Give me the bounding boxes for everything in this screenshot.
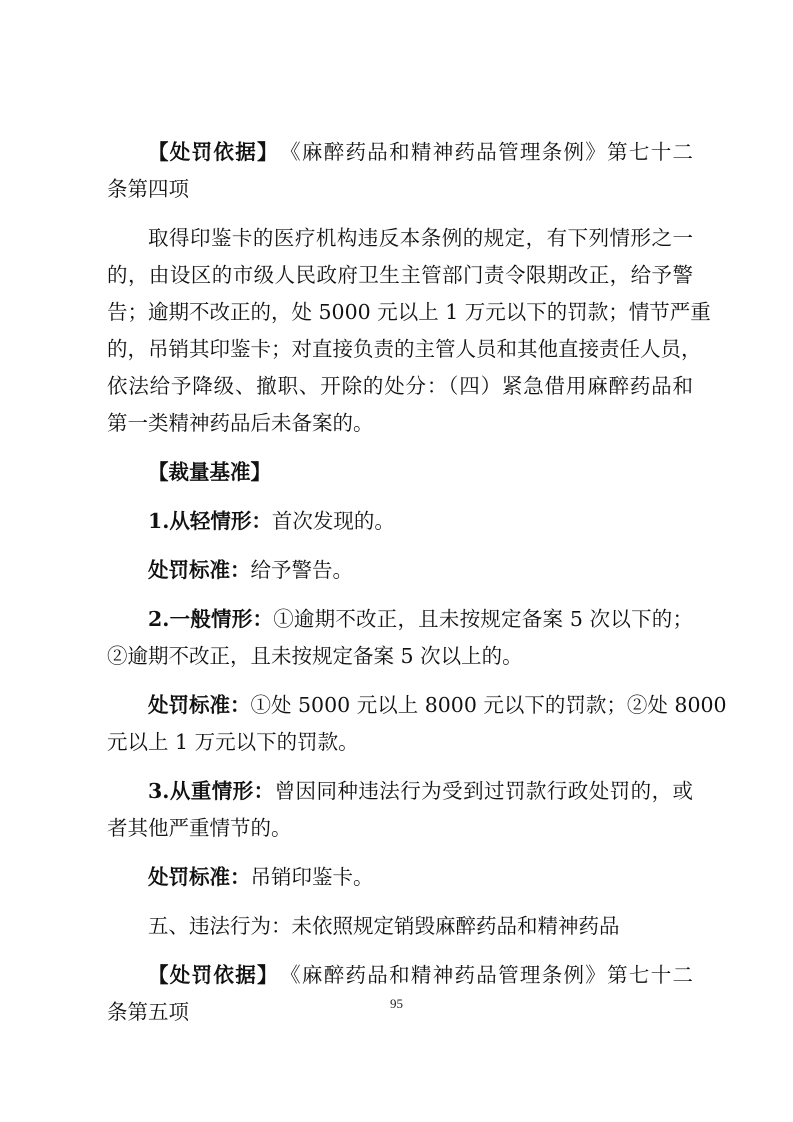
text-segment: ②逾期不改正，且未按规定备案 5 次以上的。 — [107, 644, 523, 668]
regulation-citation: 《麻醉药品和精神药品管理条例》第七十二 — [269, 140, 693, 164]
text-segment: ①处 5000 元以上 8000 元以下的罚款；②处 8000 — [251, 693, 727, 717]
paragraph-line: 的，吊销其印鉴卡；对直接负责的主管人员和其他直接责任人员， — [107, 337, 693, 361]
text-segment: ①逾期不改正，且未按规定备案 5 次以下的； — [273, 607, 693, 631]
text-segment: 元以上 1 万元以下的罚款。 — [107, 730, 359, 754]
text-segment: 给予警告。 — [251, 558, 354, 582]
text-segment: 的，吊销其印鉴卡；对直接负责的主管人员和其他直接责任人员， — [107, 337, 702, 361]
paragraph-line: 告；逾期不改正的，处 5000 元以上 1 万元以下的罚款；情节严重 — [107, 300, 693, 324]
discretion-standard-heading: 【裁量基准】 — [148, 460, 271, 484]
standard-label: 处罚标准： — [148, 558, 251, 582]
text-line: 者其他严重情节的。 — [107, 816, 292, 840]
text-line: 元以上 1 万元以下的罚款。 — [107, 730, 359, 754]
text-line: ②逾期不改正，且未按规定备案 5 次以上的。 — [107, 644, 523, 668]
text-segment: 条第四项 — [107, 177, 189, 201]
penalty-standard-line: 处罚标准：吊销印鉴卡。 — [148, 865, 374, 889]
general-case-line: 2.一般情形：①逾期不改正，且未按规定备案 5 次以下的； — [148, 607, 693, 631]
section-label: 【处罚依据】 — [148, 963, 269, 987]
text-segment: 的，由设区的市级人民政府卫生主管部门责令限期改正，给予警 — [107, 263, 693, 287]
page-number: 95 — [0, 996, 793, 1012]
section-label: 【裁量基准】 — [148, 460, 271, 484]
text-segment: 五、违法行为：未依照规定销毁麻醉药品和精神药品 — [148, 914, 620, 938]
penalty-standard-line: 处罚标准：给予警告。 — [148, 558, 353, 582]
regulation-citation: 《麻醉药品和精神药品管理条例》第七十二 — [269, 963, 693, 987]
paragraph-line: 取得印鉴卡的医疗机构违反本条例的规定，有下列情形之一 — [148, 226, 693, 250]
standard-label: 处罚标准： — [148, 693, 251, 717]
text-segment: 取得印鉴卡的医疗机构违反本条例的规定，有下列情形之一 — [148, 226, 693, 250]
penalty-basis-heading-1: 【处罚依据】 《麻醉药品和精神药品管理条例》第七十二 — [148, 140, 693, 164]
paragraph-line: 第一类精神药品后未备案的。 — [107, 411, 374, 435]
text-segment: 第一类精神药品后未备案的。 — [107, 411, 374, 435]
text-segment: 吊销印鉴卡。 — [251, 865, 374, 889]
case-label: 2.一般情形： — [148, 607, 273, 631]
case-label: 3.从重情形： — [148, 779, 275, 803]
text-segment: 首次发现的。 — [272, 509, 395, 533]
case-label: 1.从轻情形： — [148, 509, 272, 533]
standard-label: 处罚标准： — [148, 865, 251, 889]
text-segment: 曾因同种违法行为受到过罚款行政处罚的，或 — [275, 779, 693, 803]
text-segment: 依法给予降级、撤职、开除的处分：（四）紧急借用麻醉药品和 — [107, 374, 693, 398]
paragraph-line: 的，由设区的市级人民政府卫生主管部门责令限期改正，给予警 — [107, 263, 693, 287]
severe-case-line: 3.从重情形：曾因同种违法行为受到过罚款行政处罚的，或 — [148, 779, 693, 803]
violation-heading: 五、违法行为：未依照规定销毁麻醉药品和精神药品 — [148, 914, 620, 938]
text-segment: 者其他严重情节的。 — [107, 816, 292, 840]
mild-case-line: 1.从轻情形：首次发现的。 — [148, 509, 395, 533]
penalty-basis-heading-2: 【处罚依据】 《麻醉药品和精神药品管理条例》第七十二 — [148, 963, 693, 987]
paragraph-line: 依法给予降级、撤职、开除的处分：（四）紧急借用麻醉药品和 — [107, 374, 693, 398]
text-line: 条第四项 — [107, 177, 189, 201]
penalty-standard-line: 处罚标准：①处 5000 元以上 8000 元以下的罚款；②处 8000 — [148, 693, 693, 717]
section-label: 【处罚依据】 — [148, 140, 269, 164]
text-segment: 告；逾期不改正的，处 5000 元以上 1 万元以下的罚款；情节严重 — [107, 300, 711, 324]
